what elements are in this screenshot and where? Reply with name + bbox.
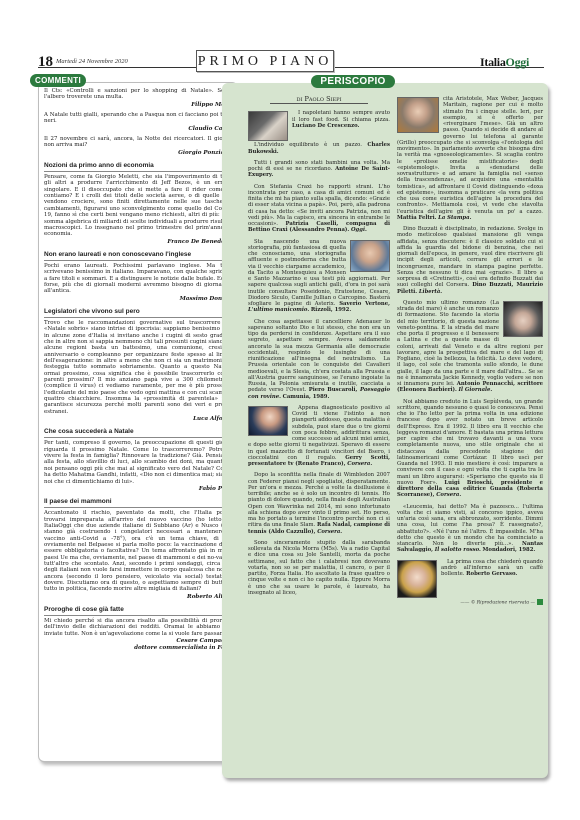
logo-italia: Italia <box>480 55 506 69</box>
quote-item: Tutti i grandi sono stati bambini una vo… <box>248 160 390 179</box>
quote-text: L'individuo equilibrato è un pazzo. <box>254 142 367 148</box>
commenti-tab: COMMENTI <box>30 74 86 87</box>
header-rule-left <box>38 67 196 68</box>
quote-item: cita Aristotele, Max Weber, Jacques Mari… <box>397 96 543 221</box>
comment-signature: Franco De Benedetti <box>44 239 232 245</box>
comment-item: Il paese dei mammoni Accantonato il risc… <box>44 498 232 600</box>
comment-item: A Natale tutti gialli, sperando che a Pa… <box>44 112 232 132</box>
quote-item: Questo mio ultimo romanzo (La strada del… <box>397 300 543 394</box>
quote-item: I napoletani hanno sempre avuto il loro … <box>248 110 390 129</box>
comment-signature: Cesare Campacci, <box>44 638 232 644</box>
quote-item: Sta nascendo una nuova storiografia, più… <box>248 239 390 314</box>
quote-item: «Leucemia, hai detto? Ma è pazzesco... l… <box>397 504 543 554</box>
quote-item: Sono sinceramente stupito dalla saraband… <box>248 540 390 596</box>
comment-item: Proroghe di cose già fatte Mi chiedo per… <box>44 606 232 652</box>
quote-source: Il salotto rosso. <box>435 547 481 553</box>
comment-title: Legislatori che vivono sul pero <box>44 308 232 318</box>
quote-text: I napoletani hanno sempre avuto il loro … <box>292 110 390 122</box>
commenti-content: Il Cts: «Controlli e sanzioni per lo sho… <box>44 88 232 656</box>
comment-text: Pochi erano laureati. Pochissimi parlava… <box>44 263 232 295</box>
comment-signature: Roberto Altesi <box>44 594 232 600</box>
quote-item: Appena diagnosticato positivo al Covid t… <box>248 405 390 468</box>
photo-luciano-de-crescenzo <box>248 111 288 141</box>
copyright-notice: —— © Riproduzione riservata — <box>397 599 543 607</box>
quote-item: Che cosa aspettasse il cancelliere Adena… <box>248 319 390 400</box>
comment-item: Non erano laureati e non conoscevano l'i… <box>44 251 232 302</box>
section-title: PRIMO PIANO <box>196 50 334 72</box>
quote-text: Noi abbiamo creduto in Luis Sepùlveda, u… <box>397 399 543 486</box>
comment-signature: Luca Alfonsi <box>44 416 232 422</box>
quote-author: Roberto Gervaso. <box>466 571 517 577</box>
quote-publisher: Rizzoli, 1992. <box>311 307 351 313</box>
quote-author: Saverio Vertone, <box>339 301 390 307</box>
quote-publisher: Mondadori, 1982. <box>483 547 536 553</box>
quote-author: Piero Buscaroli, <box>309 387 358 393</box>
periscopio-tab: PERISCOPIO <box>311 75 395 88</box>
comment-text: Per tanti, compreso il governo, la preoc… <box>44 440 232 484</box>
comment-title: Nozioni da primo anno di economia <box>44 162 232 172</box>
comment-title: Proroghe di cose già fatte <box>44 606 232 616</box>
comment-text: Il 27 novembre ci sarà, ancora, la Notte… <box>44 136 232 149</box>
photo-saverio-vertone <box>350 240 390 272</box>
photo-gerry-scotti <box>248 406 288 436</box>
quote-source: Oggi. <box>351 227 367 233</box>
quote-source: Il Giornale. <box>459 387 493 393</box>
quote-item: Dopo la sconfitta nella finale di Wimble… <box>248 472 390 535</box>
quote-text: Sono sinceramente stupito dalla saraband… <box>248 540 390 596</box>
photo-antonio-pennacchi <box>503 301 543 337</box>
comment-text: Mi chiedo perché si dia ancora risalto a… <box>44 618 232 637</box>
comment-signature: Claudio Cadei <box>44 126 232 132</box>
comment-text: Pensare, come fa Giorgio Meletti, che si… <box>44 174 232 237</box>
issue-date: Martedì 24 Novembre 2020 <box>56 58 128 65</box>
quote-item: Dino Buzzati è disciplinato, in redazion… <box>397 226 543 295</box>
logo-oggi: Oggi <box>506 55 529 69</box>
end-mark-icon <box>537 599 543 605</box>
comment-item: Il 27 novembre ci sarà, ancora, la Notte… <box>44 136 232 156</box>
quote-source: Corsera. <box>436 492 461 498</box>
comment-text: Accantonato il rischio, paventato da mol… <box>44 510 232 592</box>
quote-source: L'ultimo manicomio. <box>248 307 309 313</box>
comment-item: Legislatori che vivono sul pero Trovo ch… <box>44 308 232 423</box>
quote-author: Luciano De Crescenzo. <box>292 123 359 129</box>
comment-item: Il Cts: «Controlli e sanzioni per lo sho… <box>44 88 232 108</box>
quote-item: Con Stefania Craxi ho rapporti strani. L… <box>248 184 390 234</box>
comment-text: Il Cts: «Controlli e sanzioni per lo sho… <box>44 88 232 101</box>
periscopio-column-right: cita Aristotele, Max Weber, Jacques Mari… <box>397 96 543 606</box>
photo-roberto-gervaso <box>397 560 437 598</box>
quote-source: La Stampa. <box>438 215 471 221</box>
comment-item: Nozioni da primo anno di economia Pensar… <box>44 162 232 245</box>
comment-title: Non erano laureati e non conoscevano l'i… <box>44 251 232 261</box>
photo-nicola-morra <box>397 97 439 133</box>
comment-signature: Giorgio Ponziano <box>44 150 232 156</box>
comment-item: Che cosa succederà a Natale Per tanti, c… <box>44 428 232 492</box>
quote-item: Noi abbiamo creduto in Luis Sepùlveda, u… <box>397 399 543 499</box>
comment-text: A Natale tutti gialli, sperando che a Pa… <box>44 112 232 125</box>
comment-signature: Filippo Merli <box>44 102 232 108</box>
quote-source: Corsera. <box>317 529 342 535</box>
comment-signature: Fabio Polli <box>44 486 232 492</box>
byline: di Paolo Siepi <box>270 96 368 104</box>
quote-item: La prima cosa che chiederò quando andrò … <box>397 559 543 578</box>
quote-source: Corsera. <box>347 461 372 467</box>
comment-signature: Massimo Donelli <box>44 296 232 302</box>
comment-text: Trovo che le raccomandazioni governative… <box>44 320 232 415</box>
quote-source: Libertà. <box>419 289 442 295</box>
copyright-text: © Riproduzione riservata <box>471 600 529 605</box>
comment-title: Il paese dei mammoni <box>44 498 232 508</box>
periscopio-column-left: di Paolo Siepi I napoletani hanno sempre… <box>248 96 390 601</box>
quote-item: L'individuo equilibrato è un pazzo. Char… <box>248 142 390 155</box>
quote-text: Dopo la sconfitta nella finale di Wimble… <box>248 472 390 528</box>
quote-publisher: Camunia, 1989. <box>283 394 330 400</box>
comment-title: Che cosa succederà a Natale <box>44 428 232 438</box>
quote-author: Mattia Feltri. <box>397 215 436 221</box>
comment-signature-role: dottore commercialista in Forlì <box>44 645 232 651</box>
newspaper-logo: ItaliaOggi <box>480 55 529 70</box>
quote-text: Che cosa aspettasse il cancelliere Adena… <box>248 319 390 394</box>
quote-text: Dino Buzzati è disciplinato, in redazion… <box>397 226 543 288</box>
